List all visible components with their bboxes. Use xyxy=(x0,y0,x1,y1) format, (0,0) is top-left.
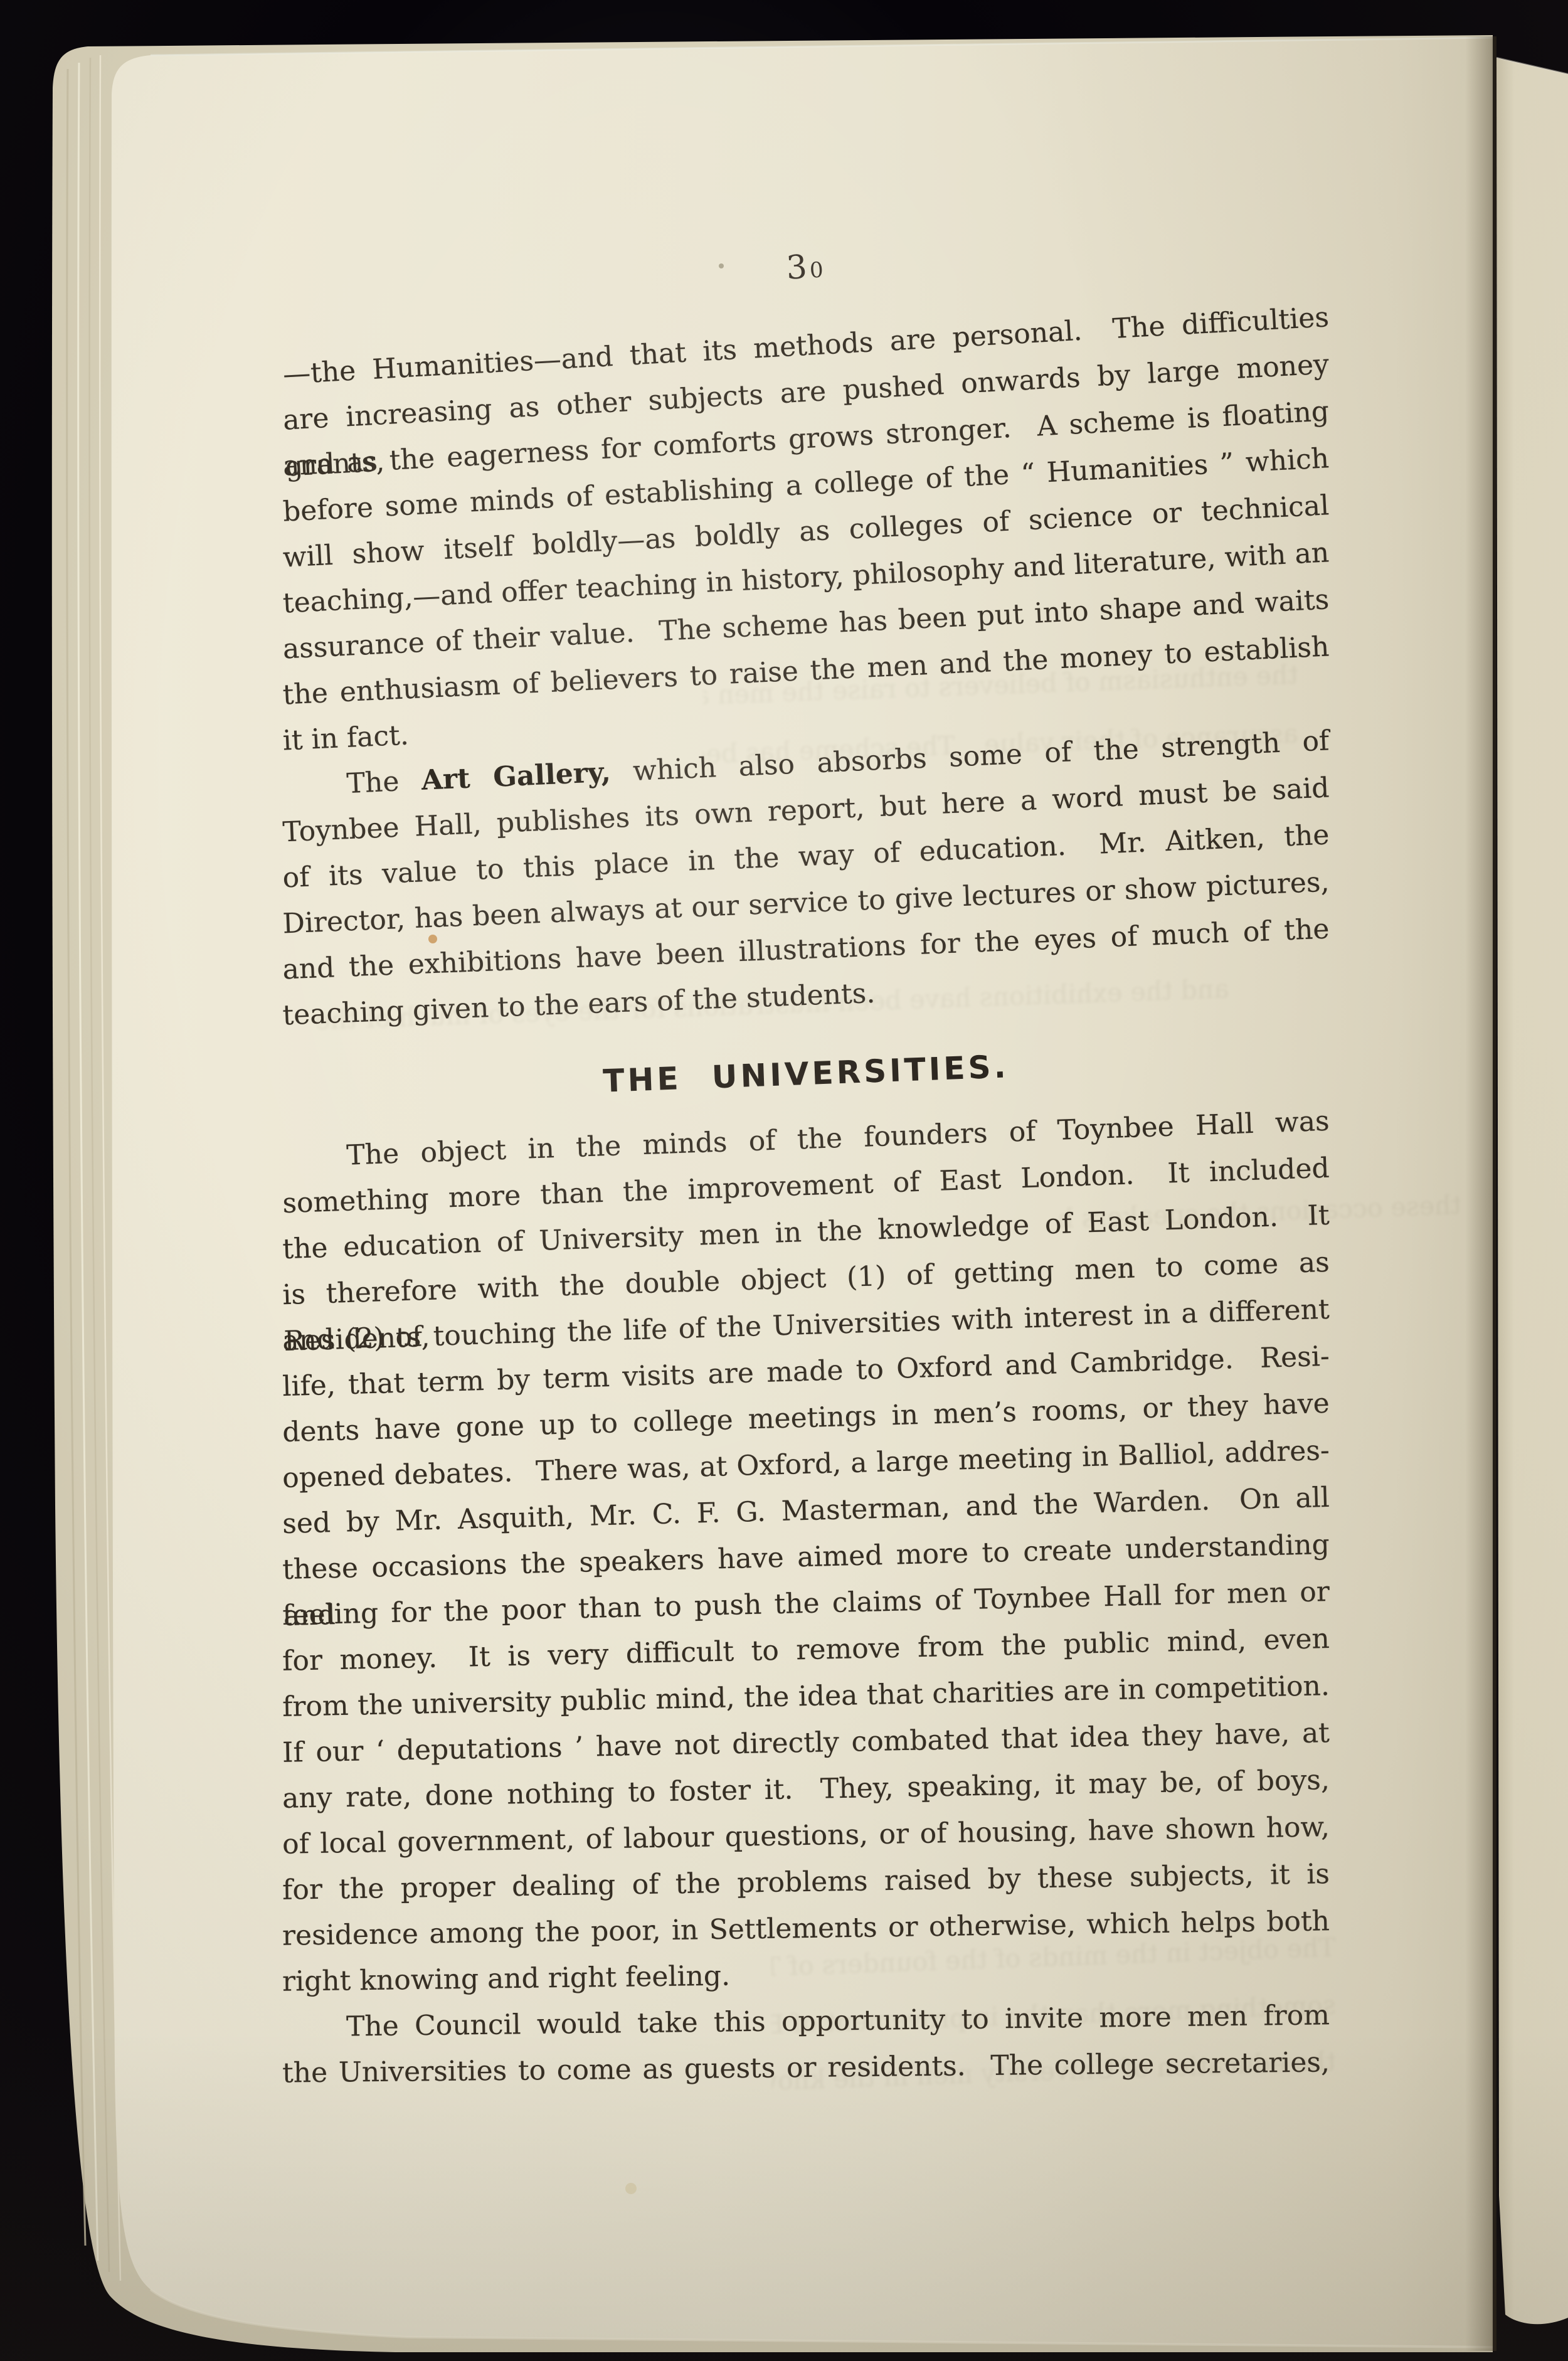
text-segment: The xyxy=(346,765,422,800)
text-column: —the Humanities—and that its methods are… xyxy=(282,323,1330,2091)
bold-text: Art Gallery, xyxy=(421,756,612,797)
gutter-shadow xyxy=(1465,36,1496,2351)
next-page-edge xyxy=(1496,58,1568,2324)
book-photo: the enthusiasm of believers to raise the… xyxy=(0,0,1568,2361)
text-line: the Universities to come as guests or re… xyxy=(282,2039,1330,2096)
faint-stain xyxy=(625,2183,637,2194)
